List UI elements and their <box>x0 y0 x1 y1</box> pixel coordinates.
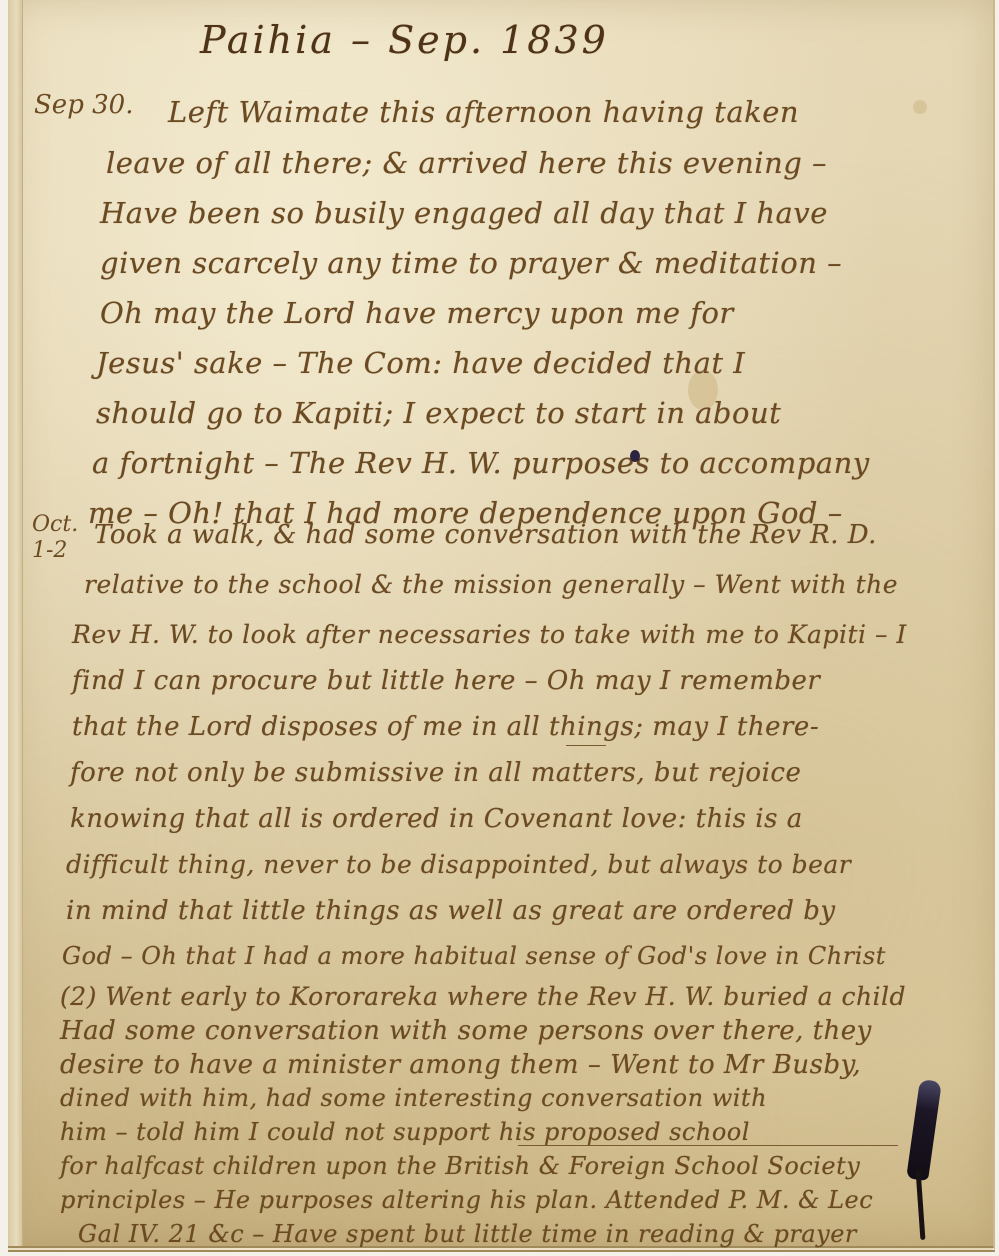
text-line: in mind that little things as well as gr… <box>66 896 836 926</box>
text-line: (2) Went early to Kororareka where the R… <box>60 982 906 1011</box>
text-line: God – Oh that I had a more habitual sens… <box>62 942 886 970</box>
text-line: find I can procure but little here – Oh … <box>72 666 820 696</box>
text-line: Jesus' sake – The Com: have decided that… <box>96 346 745 380</box>
text-line: Oh may the Lord have mercy upon me for <box>100 296 734 330</box>
text-line: Have been so busily engaged all day that… <box>100 196 828 230</box>
text-line: a fortnight – The Rev H. W. purposes to … <box>92 446 870 480</box>
text-line: him – told him I could not support his p… <box>60 1118 750 1146</box>
text-line: leave of all there; & arrived here this … <box>106 146 827 180</box>
text-line: that the Lord disposes of me in all thin… <box>72 712 819 742</box>
text-line: fore not only be submissive in all matte… <box>70 758 801 788</box>
text-line: dined with him, had some interesting con… <box>60 1084 767 1112</box>
text-line: should go to Kapiti; I expect to start i… <box>96 396 781 430</box>
text-line: Rev H. W. to look after necessaries to t… <box>72 620 907 649</box>
ink-blot <box>906 1079 942 1181</box>
ink-spot <box>630 450 640 462</box>
margin-date-oct: Oct. <box>32 512 78 538</box>
text-line: Left Waimate this afternoon having taken <box>168 95 799 129</box>
text-line: desire to have a minister among them – W… <box>60 1050 861 1080</box>
text-line: principles – He purposes altering his pl… <box>60 1186 873 1214</box>
page-heading: Paihia – Sep. 1839 <box>200 18 609 62</box>
paper-stain <box>913 100 927 114</box>
text-line: for halfcast children upon the British &… <box>60 1152 860 1180</box>
text-line: relative to the school & the mission gen… <box>84 570 898 599</box>
margin-date-1-2: 1-2 <box>32 538 67 564</box>
margin-date-sep-30: Sep 30. <box>34 92 133 118</box>
text-line: Gal IV. 21 &c – Have spent but little ti… <box>78 1220 857 1248</box>
page-fold-edge <box>8 0 23 1246</box>
underline-all <box>566 745 606 746</box>
text-line: Took a walk, & had some conversation wit… <box>94 520 877 550</box>
text-line: difficult thing, never to be disappointe… <box>66 850 851 879</box>
text-line: Had some conversation with some persons … <box>60 1016 872 1046</box>
text-line: given scarcely any time to prayer & medi… <box>100 246 842 280</box>
ink-drip <box>916 1170 926 1240</box>
manuscript-page: Paihia – Sep. 1839 Sep 30. Oct. 1-2 Left… <box>8 0 995 1252</box>
text-line: knowing that all is ordered in Covenant … <box>70 804 803 834</box>
